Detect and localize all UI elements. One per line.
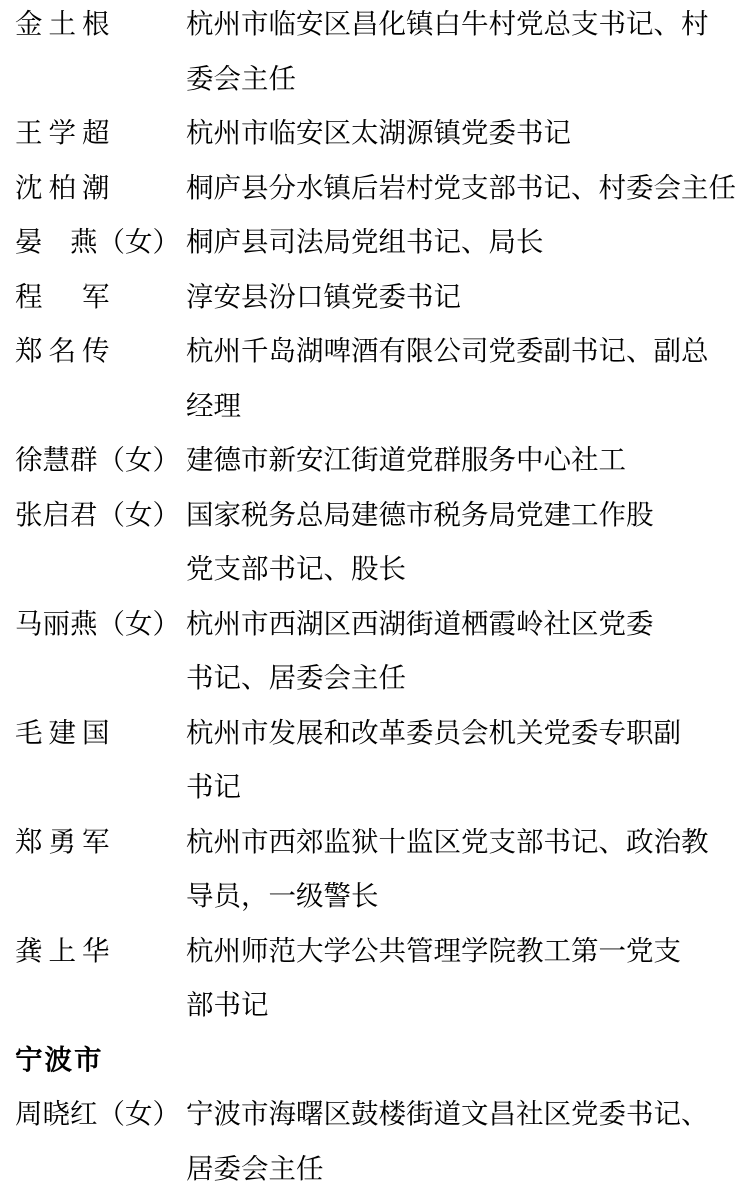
person-title-line: 桐庐县分水镇后岩村党支部书记、村委会主任 xyxy=(186,161,742,216)
roster-entry: 程 军 淳安县汾口镇党委书记 xyxy=(15,270,742,325)
gender-marker: （女） xyxy=(98,226,181,257)
roster-entry: 毛建国 杭州市发展和改革委员会机关党委专职副书记 xyxy=(15,706,742,815)
person-titles: 桐庐县分水镇后岩村党支部书记、村委会主任 xyxy=(186,161,742,216)
person-name: 郑名传 xyxy=(15,324,186,379)
person-name-text: 张启君 xyxy=(15,499,98,530)
person-name-text: 郑名传 xyxy=(15,335,116,366)
roster-entry: 金土根 杭州市临安区昌化镇白牛村党总支书记、村委会主任 xyxy=(15,0,742,106)
person-name: 王学超 xyxy=(15,106,186,161)
roster-entry: 龚上华 杭州师范大学公共管理学院教工第一党支部书记 xyxy=(15,924,742,1033)
person-name: 沈柏潮 xyxy=(15,161,186,216)
person-titles: 杭州市临安区太湖源镇党委书记 xyxy=(186,106,742,161)
roster-entry: 沈柏潮 桐庐县分水镇后岩村党支部书记、村委会主任 xyxy=(15,161,742,216)
person-title-line: 杭州市临安区昌化镇白牛村党总支书记、村 xyxy=(186,0,742,52)
roster-entry: 郑名传 杭州千岛湖啤酒有限公司党委副书记、副总经理 xyxy=(15,324,742,433)
gender-marker: （女） xyxy=(98,608,181,639)
person-name: 程 军 xyxy=(15,270,186,325)
section-header: 宁波市 xyxy=(15,1033,742,1088)
person-name: 龚上华 xyxy=(15,924,186,979)
person-name: 马丽燕（女） xyxy=(15,597,186,652)
roster-entry: 徐慧群（女） 建德市新安江街道党群服务中心社工 xyxy=(15,433,742,488)
person-titles: 杭州市发展和改革委员会机关党委专职副书记 xyxy=(186,706,742,815)
person-name-text: 龚上华 xyxy=(15,935,116,966)
person-name-text: 周晓红 xyxy=(15,1098,98,1129)
person-titles: 杭州市临安区昌化镇白牛村党总支书记、村委会主任 xyxy=(186,0,742,106)
person-title-line: 杭州市临安区太湖源镇党委书记 xyxy=(186,106,742,161)
person-name: 徐慧群（女） xyxy=(15,433,186,488)
person-title-line: 国家税务总局建德市税务局党建工作股 xyxy=(186,488,742,543)
person-name-text: 王学超 xyxy=(15,117,116,148)
person-title-line: 淳安县汾口镇党委书记 xyxy=(186,270,742,325)
roster-entry: 周晓红（女） 宁波市海曙区鼓楼街道文昌社区党委书记、居委会主任 xyxy=(15,1087,742,1190)
person-title-line: 杭州市发展和改革委员会机关党委专职副 xyxy=(186,706,742,761)
person-name-text: 马丽燕 xyxy=(15,608,98,639)
person-title-line: 书记 xyxy=(186,760,742,815)
person-name: 郑勇军 xyxy=(15,815,186,870)
person-title-line: 导员，一级警长 xyxy=(186,869,742,924)
person-titles: 宁波市海曙区鼓楼街道文昌社区党委书记、居委会主任 xyxy=(186,1087,742,1190)
person-title-line: 杭州师范大学公共管理学院教工第一党支 xyxy=(186,924,742,979)
person-title-line: 部书记 xyxy=(186,978,742,1033)
roster-entry: 晏 燕（女） 桐庐县司法局党组书记、局长 xyxy=(15,215,742,270)
document-page: { "colors": { "background": "#ffffff", "… xyxy=(0,0,742,1190)
roster-entry: 马丽燕（女） 杭州市西湖区西湖街道栖霞岭社区党委书记、居委会主任 xyxy=(15,597,742,706)
person-name: 张启君（女） xyxy=(15,488,186,543)
person-name-text: 晏 燕 xyxy=(15,226,98,257)
person-titles: 杭州市西郊监狱十监区党支部书记、政治教导员，一级警长 xyxy=(186,815,742,924)
roster-entry: 王学超 杭州市临安区太湖源镇党委书记 xyxy=(15,106,742,161)
person-title-line: 居委会主任 xyxy=(186,1142,742,1190)
gender-marker: （女） xyxy=(98,1098,181,1129)
person-name: 晏 燕（女） xyxy=(15,215,186,270)
person-name: 周晓红（女） xyxy=(15,1087,186,1142)
roster-entry: 郑勇军 杭州市西郊监狱十监区党支部书记、政治教导员，一级警长 xyxy=(15,815,742,924)
person-title-line: 经理 xyxy=(186,379,742,434)
person-title-line: 书记、居委会主任 xyxy=(186,651,742,706)
person-title-line: 杭州千岛湖啤酒有限公司党委副书记、副总 xyxy=(186,324,742,379)
person-name-text: 金土根 xyxy=(15,8,116,39)
person-title-line: 杭州市西湖区西湖街道栖霞岭社区党委 xyxy=(186,597,742,652)
person-titles: 桐庐县司法局党组书记、局长 xyxy=(186,215,742,270)
person-name-text: 郑勇军 xyxy=(15,826,116,857)
roster-list: 金土根 杭州市临安区昌化镇白牛村党总支书记、村委会主任 王学超 杭州市临安区太湖… xyxy=(15,0,742,1190)
person-name-text: 徐慧群 xyxy=(15,444,98,475)
person-title-line: 建德市新安江街道党群服务中心社工 xyxy=(186,433,742,488)
gender-marker: （女） xyxy=(98,444,181,475)
person-title-line: 党支部书记、股长 xyxy=(186,542,742,597)
person-title-line: 委会主任 xyxy=(186,52,742,107)
person-name: 金土根 xyxy=(15,0,186,52)
person-titles: 淳安县汾口镇党委书记 xyxy=(186,270,742,325)
person-titles: 杭州师范大学公共管理学院教工第一党支部书记 xyxy=(186,924,742,1033)
person-name-text: 沈柏潮 xyxy=(15,172,116,203)
roster-entry: 张启君（女） 国家税务总局建德市税务局党建工作股党支部书记、股长 xyxy=(15,488,742,597)
person-titles: 杭州市西湖区西湖街道栖霞岭社区党委书记、居委会主任 xyxy=(186,597,742,706)
person-title-line: 宁波市海曙区鼓楼街道文昌社区党委书记、 xyxy=(186,1087,742,1142)
person-name-text: 毛建国 xyxy=(15,717,116,748)
person-title-line: 杭州市西郊监狱十监区党支部书记、政治教 xyxy=(186,815,742,870)
person-title-line: 桐庐县司法局党组书记、局长 xyxy=(186,215,742,270)
person-titles: 杭州千岛湖啤酒有限公司党委副书记、副总经理 xyxy=(186,324,742,433)
gender-marker: （女） xyxy=(98,499,181,530)
person-name-text: 程 军 xyxy=(15,281,116,312)
person-name: 毛建国 xyxy=(15,706,186,761)
roster-page: 金土根 杭州市临安区昌化镇白牛村党总支书记、村委会主任 王学超 杭州市临安区太湖… xyxy=(0,0,742,1190)
person-titles: 国家税务总局建德市税务局党建工作股党支部书记、股长 xyxy=(186,488,742,597)
person-titles: 建德市新安江街道党群服务中心社工 xyxy=(186,433,742,488)
